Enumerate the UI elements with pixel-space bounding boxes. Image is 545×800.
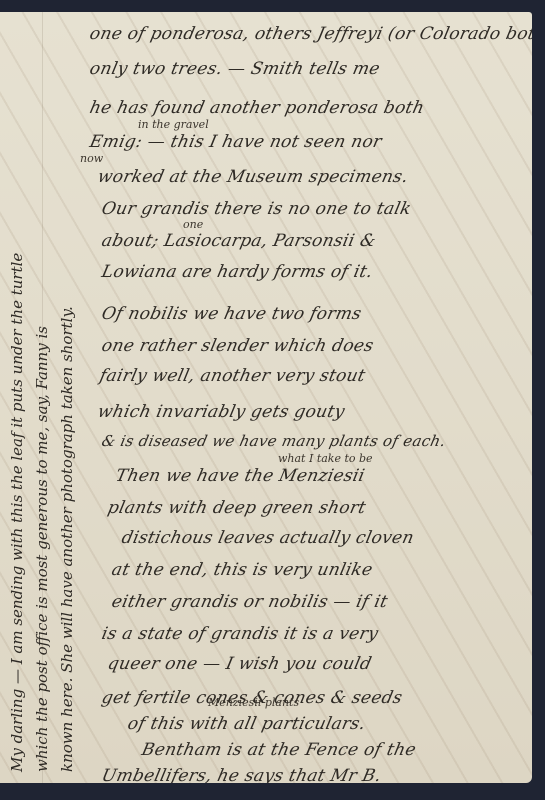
interlinear-note: Menziesii plants	[208, 696, 299, 709]
margin-line-1: My darling — I am sending with this the …	[8, 253, 26, 772]
text-line: Bentham is at the Fence of the	[140, 740, 418, 760]
letter-page: My darling — I am sending with this the …	[0, 12, 532, 783]
interlinear-note: now	[80, 152, 103, 165]
text-line: fairly well, another very stout	[98, 366, 367, 386]
text-line: distichous leaves actually cloven	[120, 528, 416, 548]
text-line: Umbellifers, he says that Mr B.	[100, 766, 383, 783]
text-line: about; Lasiocarpa, Parsonsii &	[100, 231, 378, 251]
text-line: is a state of grandis it is a very	[100, 624, 380, 644]
text-line: plants with deep green short	[106, 498, 368, 518]
margin-line-2: which the post office is most generous t…	[33, 326, 51, 772]
text-line: which invariably gets gouty	[96, 402, 347, 422]
text-line: he has found another ponderosa both	[88, 98, 426, 118]
interlinear-note: one	[183, 218, 203, 231]
text-line: Of nobilis we have two forms	[100, 304, 363, 324]
text-line: only two trees. — Smith tells me	[88, 59, 382, 79]
text-line: Lowiana are hardy forms of it.	[100, 262, 375, 282]
interlinear-note: in the gravel	[138, 118, 209, 131]
text-line: one rather slender which does	[100, 336, 376, 356]
text-line: Our grandis there is no one to talk	[100, 199, 413, 219]
text-line: Emig: — this I have not seen nor	[88, 132, 384, 152]
text-line: & is diseased we have many plants of eac…	[100, 432, 447, 450]
text-line: worked at the Museum specimens.	[96, 167, 410, 187]
text-line: Then we have the Menziesii	[114, 466, 367, 486]
text-line: at the end, this is very unlike	[110, 560, 375, 580]
text-line: queer one — I wish you could	[106, 654, 374, 674]
text-line: one of ponderosa, others Jeffreyi (or Co…	[88, 24, 532, 44]
interlinear-note: what I take to be	[278, 452, 373, 465]
margin-line-3: known here. She will have another photog…	[58, 306, 76, 772]
text-line: of this with all particulars.	[126, 714, 368, 734]
text-line: either grandis or nobilis — if it	[110, 592, 390, 612]
